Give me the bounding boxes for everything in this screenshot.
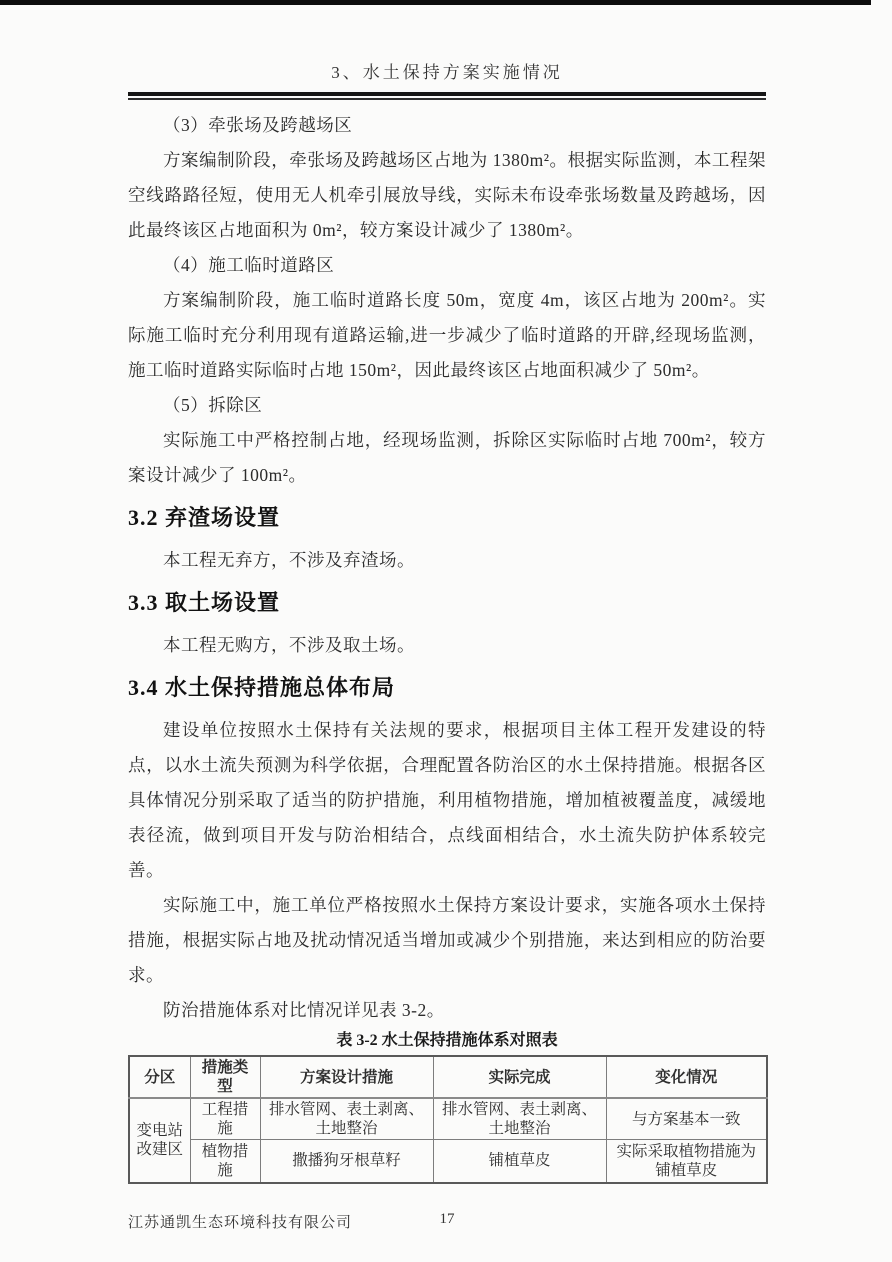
cell-completed: 铺植草皮 [433,1140,606,1183]
column-header-designed-measures: 方案设计措施 [260,1056,433,1098]
cell-measure-type: 工程措施 [190,1098,260,1140]
paragraph-3-4-b: 实际施工中，施工单位严格按照水土保持方案设计要求，实施各项水土保持措施，根据实际… [128,888,766,993]
document-page: 3、水土保持方案实施情况 （3）牵张场及跨越场区 方案编制阶段，牵张场及跨越场区… [0,0,892,1262]
cell-designed: 排水管网、表土剥离、土地整治 [260,1098,433,1140]
table-reference-note: 防治措施体系对比情况详见表 3-2。 [128,993,766,1028]
table-caption: 表 3-2 水土保持措施体系对照表 [128,1030,766,1052]
column-header-zone: 分区 [129,1056,190,1098]
table-row: 植物措施 撒播狗牙根草籽 铺植草皮 实际采取植物措施为铺植草皮 [129,1140,767,1183]
measures-comparison-table: 分区 措施类型 方案设计措施 实际完成 变化情况 变电站改建区 工程措施 排水管… [128,1055,768,1184]
page-footer: 江苏通凯生态环境科技有限公司 17 [128,1211,766,1232]
page-content: 3、水土保持方案实施情况 （3）牵张场及跨越场区 方案编制阶段，牵张场及跨越场区… [128,0,766,1232]
section-heading-3-2: 3.2 弃渣场设置 [128,503,766,533]
subheading-item3: （3）牵张场及跨越场区 [128,108,766,143]
cell-zone: 变电站改建区 [129,1098,190,1183]
cell-completed: 排水管网、表土剥离、土地整治 [433,1098,606,1140]
section-heading-3-3: 3.3 取土场设置 [128,588,766,618]
header-double-rule [128,92,766,100]
table-header-row: 分区 措施类型 方案设计措施 实际完成 变化情况 [129,1056,767,1098]
paragraph-3-4-a: 建设单位按照水土保持有关法规的要求，根据项目主体工程开发建设的特点，以水土流失预… [128,713,766,888]
paragraph-item3: 方案编制阶段，牵张场及跨越场区占地为 1380m²。根据实际监测，本工程架空线路… [128,143,766,248]
paragraph-3-2: 本工程无弃方，不涉及弃渣场。 [128,543,766,578]
cell-measure-type: 植物措施 [190,1140,260,1183]
section-heading-3-4: 3.4 水土保持措施总体布局 [128,673,766,703]
footer-page-number: 17 [440,1211,455,1228]
subheading-item4: （4）施工临时道路区 [128,248,766,283]
paragraph-item5: 实际施工中严格控制占地，经现场监测，拆除区实际临时占地 700m²，较方案设计减… [128,423,766,493]
table-row: 变电站改建区 工程措施 排水管网、表土剥离、土地整治 排水管网、表土剥离、土地整… [129,1098,767,1140]
paragraph-item4: 方案编制阶段，施工临时道路长度 50m，宽度 4m，该区占地为 200m²。实际… [128,283,766,388]
cell-change: 实际采取植物措施为铺植草皮 [606,1140,767,1183]
column-header-measure-type: 措施类型 [190,1056,260,1098]
paragraph-3-3: 本工程无购方，不涉及取土场。 [128,628,766,663]
column-header-actual-completed: 实际完成 [433,1056,606,1098]
column-header-change-status: 变化情况 [606,1056,767,1098]
cell-designed: 撒播狗牙根草籽 [260,1140,433,1183]
running-header-title: 3、水土保持方案实施情况 [128,58,766,83]
body-text-block: （3）牵张场及跨越场区 方案编制阶段，牵张场及跨越场区占地为 1380m²。根据… [128,108,766,1028]
footer-company-name: 江苏通凯生态环境科技有限公司 [128,1215,352,1231]
cell-change: 与方案基本一致 [606,1098,767,1140]
subheading-item5: （5）拆除区 [128,388,766,423]
